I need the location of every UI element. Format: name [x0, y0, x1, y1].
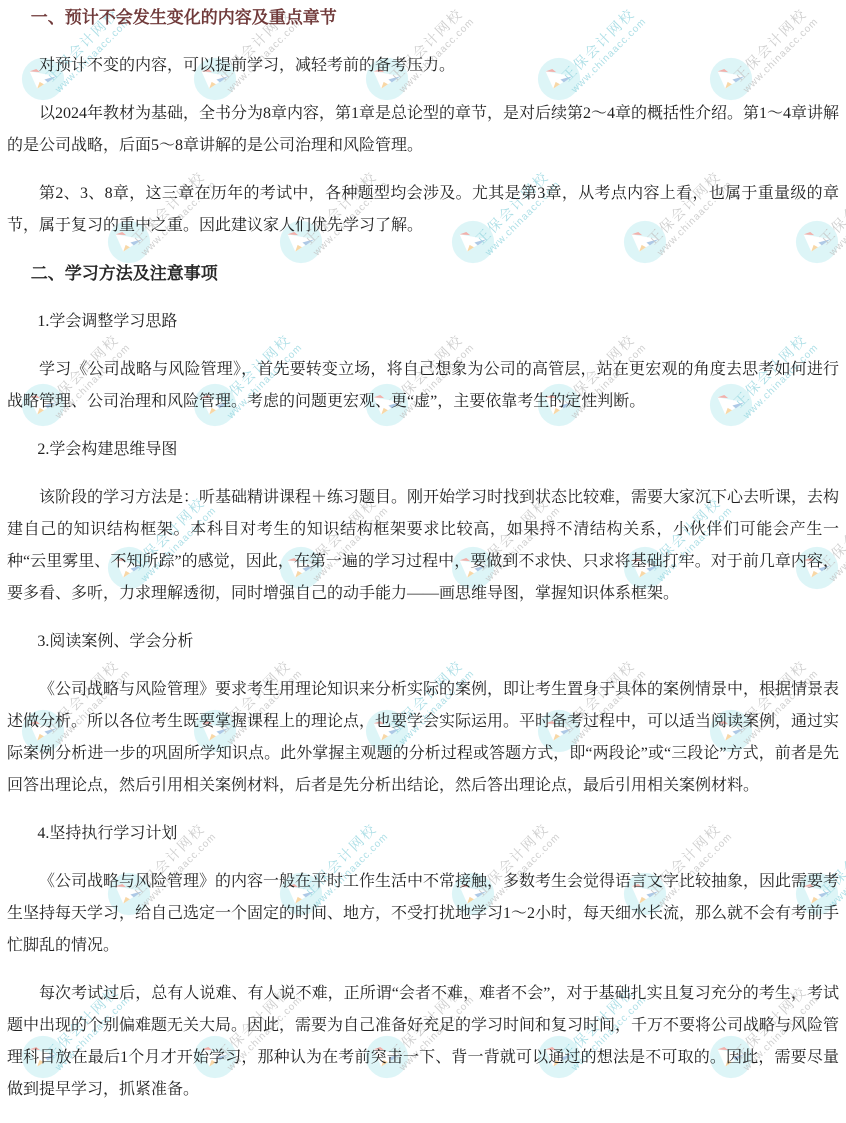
paragraph: 第2、3、8章，这三章在历年的考试中，各种题型均会涉及。尤其是第3章，从考点内容… — [7, 178, 839, 242]
paragraph: 对预计不变的内容，可以提前学习，减轻考前的备考压力。 — [7, 50, 839, 82]
paragraph: 每次考试过后，总有人说难、有人说不难，正所谓“会者不难，难者不会”，对于基础扎实… — [7, 978, 839, 1106]
subsection-heading: 1.学会调整学习思路 — [7, 306, 839, 338]
document-page: 正保会计网校www.chinaacc.com正保会计网校www.chinaacc… — [0, 0, 846, 1123]
subsection-heading: 4.坚持执行学习计划 — [7, 818, 839, 850]
article-body: 一、预计不会发生变化的内容及重点章节对预计不变的内容，可以提前学习，减轻考前的备… — [0, 0, 846, 1106]
paragraph: 学习《公司战略与风险管理》，首先要转变立场，将自己想象为公司的高管层，站在更宏观… — [7, 354, 839, 418]
paragraph: 《公司战略与风险管理》要求考生用理论知识来分析实际的案例，即让考生置身于具体的案… — [7, 674, 839, 802]
paragraph: 该阶段的学习方法是：听基础精讲课程＋练习题目。刚开始学习时找到状态比较难，需要大… — [7, 482, 839, 610]
subsection-heading: 2.学会构建思维导图 — [7, 434, 839, 466]
paragraph: 以2024年教材为基础，全书分为8章内容，第1章是总论型的章节，是对后续第2～4… — [7, 98, 839, 162]
paragraph: 《公司战略与风险管理》的内容一般在平时工作生活中不常接触，多数考生会觉得语言文字… — [7, 866, 839, 962]
section-heading-1: 一、预计不会发生变化的内容及重点章节 — [7, 2, 839, 34]
subsection-heading: 3.阅读案例、学会分析 — [7, 626, 839, 658]
section-heading-2: 二、学习方法及注意事项 — [7, 258, 839, 290]
